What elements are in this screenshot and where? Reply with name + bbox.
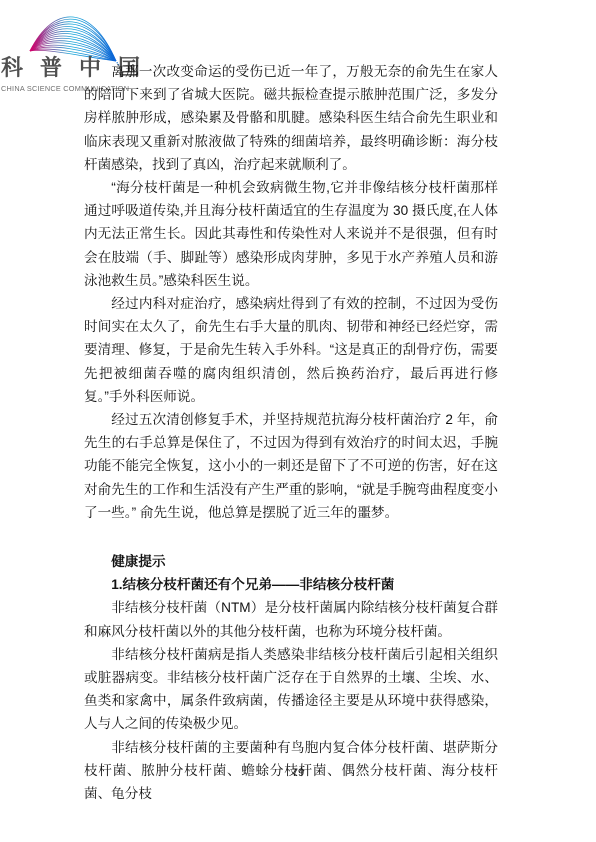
- document-page: 科普中国 CHINA SCIENCE COMMUNICATION 离那一次改变命…: [0, 0, 596, 842]
- paragraph-treatment: 经过内科对症治疗，感染病灶得到了有效的控制，不过因为受伤时间实在太久了，俞先生右…: [84, 292, 498, 408]
- paragraph-injury-story: 离那一次改变命运的受伤已近一年了，万般无奈的俞先生在家人的陪同下来到了省城大医院…: [84, 60, 498, 176]
- page-number: 79: [0, 767, 596, 779]
- paragraph-recovery: 经过五次清创修复手术，并坚持规范抗海分枝杆菌治疗 2 年，俞先生的右手总算是保住…: [84, 408, 498, 524]
- section-heading-health-tips: 健康提示: [84, 550, 498, 573]
- document-body: 离那一次改变命运的受伤已近一年了，万般无奈的俞先生在家人的陪同下来到了省城大医院…: [84, 60, 498, 805]
- paragraph-doctor-quote: “海分枝杆菌是一种机会致病微生物,它并非像结核分枝杆菌那样通过呼吸道传染,并且海…: [84, 176, 498, 292]
- paragraph-ntm-disease: 非结核分枝杆菌病是指人类感染非结核分枝杆菌后引起相关组织或脏器病变。非结核分枝杆…: [84, 643, 498, 736]
- paragraph-ntm-definition: 非结核分枝杆菌（NTM）是分枝杆菌属内除结核分枝杆菌复合群和麻风分枝杆菌以外的其…: [84, 596, 498, 642]
- subheading-ntm: 1.结核分枝杆菌还有个兄弟——非结核分枝杆菌: [84, 573, 498, 596]
